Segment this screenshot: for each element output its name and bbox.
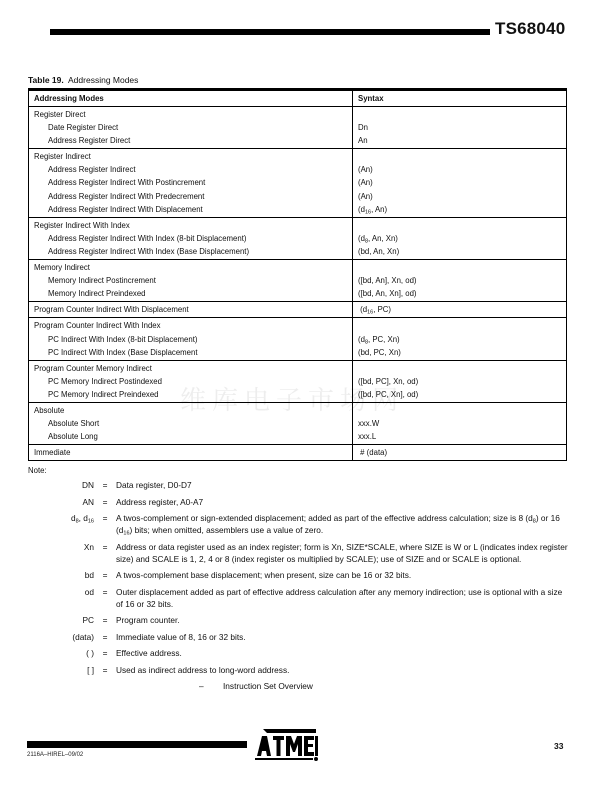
note-equals: = — [94, 496, 116, 508]
mode-syntax: (d8, PC, Xn) — [358, 333, 561, 346]
mode-name: Address Register Indirect — [34, 163, 347, 176]
mode-name: Address Register Indirect With Displacem… — [34, 203, 347, 216]
note-definition: Outer displacement added as part of effe… — [116, 586, 568, 610]
syntax-cell: (An)(An)(An)(d16, An) — [353, 149, 567, 217]
mode-name: Memory Indirect Postincrement — [34, 274, 347, 287]
mode-syntax: An — [358, 134, 561, 147]
section-reference: –Instruction Set Overview — [199, 681, 313, 691]
note-term: DN — [28, 479, 94, 491]
group-heading-syntax — [358, 362, 561, 375]
document-code: 2116A–HIREL–09/02 — [27, 752, 83, 758]
note-equals: = — [94, 614, 116, 626]
group-heading: Program Counter Indirect With Index — [34, 319, 347, 332]
group-heading: Immediate — [34, 446, 347, 459]
table-group-row: Memory IndirectMemory Indirect Postincre… — [29, 260, 567, 302]
syntax-cell: ([bd, PC], Xn, od)([bd, PC, Xn], od) — [353, 360, 567, 402]
table-group-row: Register IndirectAddress Register Indire… — [29, 149, 567, 217]
document-title: TS68040 — [495, 19, 565, 39]
table-group-row: Program Counter Indirect With IndexPC In… — [29, 318, 567, 360]
addressing-mode-cell: Program Counter Indirect With Displaceme… — [29, 302, 353, 318]
group-heading: Memory Indirect — [34, 261, 347, 274]
section-reference-text: Instruction Set Overview — [223, 681, 313, 691]
table-caption: Table 19. Addressing Modes — [28, 75, 138, 85]
table-group-row: Register Indirect With IndexAddress Regi… — [29, 217, 567, 259]
mode-syntax: (d8, An, Xn) — [358, 232, 561, 245]
mode-name: Address Register Indirect With Postincre… — [34, 176, 347, 189]
group-heading: Program Counter Indirect With Displaceme… — [34, 303, 347, 316]
note-equals: = — [94, 512, 116, 536]
table-caption-label: Table 19. — [28, 75, 64, 85]
group-heading-syntax: # (data) — [358, 446, 561, 459]
note-term: [ ] — [28, 664, 94, 676]
group-heading: Register Indirect With Index — [34, 219, 347, 232]
note-term: bd — [28, 569, 94, 581]
group-heading-syntax — [358, 108, 561, 121]
note-definition: Address or data register used as an inde… — [116, 541, 568, 565]
mode-syntax: ([bd, An, Xn], od) — [358, 287, 561, 300]
atmel-logo-icon — [253, 728, 319, 761]
addressing-mode-cell: Immediate — [29, 445, 353, 461]
note-equals: = — [94, 664, 116, 676]
syntax-cell: xxx.Wxxx.L — [353, 402, 567, 444]
page-number: 33 — [554, 741, 563, 751]
mode-syntax: Dn — [358, 121, 561, 134]
table-header-row: Addressing Modes Syntax — [29, 90, 567, 107]
table-group-row: Register DirectDate Register DirectAddre… — [29, 107, 567, 149]
column-header-syntax: Syntax — [353, 90, 567, 107]
note-equals: = — [94, 586, 116, 610]
note-equals: = — [94, 631, 116, 643]
mode-syntax: ([bd, PC], Xn, od) — [358, 375, 561, 388]
note-item: (data)=Immediate value of 8, 16 or 32 bi… — [28, 631, 568, 643]
note-item: DN=Data register, D0-D7 — [28, 479, 568, 491]
addressing-mode-cell: Register IndirectAddress Register Indire… — [29, 149, 353, 217]
note-equals: = — [94, 647, 116, 659]
addressing-mode-cell: Program Counter Indirect With IndexPC In… — [29, 318, 353, 360]
group-heading: Absolute — [34, 404, 347, 417]
mode-name: Address Register Direct — [34, 134, 347, 147]
note-definition: Address register, A0-A7 — [116, 496, 568, 508]
group-heading-syntax — [358, 219, 561, 232]
table-group-row: Program Counter Indirect With Displaceme… — [29, 302, 567, 318]
note-item: Xn=Address or data register used as an i… — [28, 541, 568, 565]
note-term: d8, d16 — [28, 512, 94, 536]
mode-syntax: (An) — [358, 176, 561, 189]
mode-syntax: ([bd, An], Xn, od) — [358, 274, 561, 287]
note-equals: = — [94, 541, 116, 565]
mode-syntax: (d16, An) — [358, 203, 561, 216]
table-group-row: AbsoluteAbsolute ShortAbsolute Longxxx.W… — [29, 402, 567, 444]
mode-name: Address Register Indirect With Index (Ba… — [34, 245, 347, 258]
group-heading: Register Indirect — [34, 150, 347, 163]
mode-name: PC Memory Indirect Preindexed — [34, 388, 347, 401]
syntax-cell: DnAn — [353, 107, 567, 149]
mode-syntax: ([bd, PC, Xn], od) — [358, 388, 561, 401]
note-definition: A twos-complement or sign-extended displ… — [116, 512, 568, 536]
mode-syntax: (An) — [358, 190, 561, 203]
addressing-mode-cell: Program Counter Memory IndirectPC Memory… — [29, 360, 353, 402]
mode-syntax: (bd, PC, Xn) — [358, 346, 561, 359]
addressing-modes-table: Addressing Modes Syntax Register DirectD… — [28, 88, 567, 461]
syntax-cell: (d8, PC, Xn)(bd, PC, Xn) — [353, 318, 567, 360]
section-dash: – — [199, 681, 223, 691]
note-item: PC=Program counter. — [28, 614, 568, 626]
footer-rule — [27, 741, 247, 748]
note-definition: Effective address. — [116, 647, 568, 659]
addressing-mode-cell: Register DirectDate Register DirectAddre… — [29, 107, 353, 149]
note-item: d8, d16=A twos-complement or sign-extend… — [28, 512, 568, 536]
group-heading-syntax — [358, 319, 561, 332]
note-item: ( )=Effective address. — [28, 647, 568, 659]
group-heading-syntax: (d16, PC) — [358, 303, 561, 316]
mode-name: Address Register Indirect With Predecrem… — [34, 190, 347, 203]
mode-syntax: (An) — [358, 163, 561, 176]
header-rule — [50, 29, 490, 35]
note-term: (data) — [28, 631, 94, 643]
mode-name: PC Memory Indirect Postindexed — [34, 375, 347, 388]
table-group-row: Immediate # (data) — [29, 445, 567, 461]
note-term: AN — [28, 496, 94, 508]
note-label: Note: — [28, 466, 47, 475]
note-term: PC — [28, 614, 94, 626]
mode-syntax: (bd, An, Xn) — [358, 245, 561, 258]
note-definition: Immediate value of 8, 16 or 32 bits. — [116, 631, 568, 643]
mode-syntax: xxx.W — [358, 417, 561, 430]
syntax-cell: # (data) — [353, 445, 567, 461]
note-equals: = — [94, 569, 116, 581]
group-heading-syntax — [358, 261, 561, 274]
group-heading: Register Direct — [34, 108, 347, 121]
group-heading-syntax — [358, 150, 561, 163]
mode-syntax: xxx.L — [358, 430, 561, 443]
note-equals: = — [94, 479, 116, 491]
addressing-mode-cell: AbsoluteAbsolute ShortAbsolute Long — [29, 402, 353, 444]
note-item: [ ]=Used as indirect address to long-wor… — [28, 664, 568, 676]
mode-name: Absolute Long — [34, 430, 347, 443]
note-definition: Data register, D0-D7 — [116, 479, 568, 491]
mode-name: Date Register Direct — [34, 121, 347, 134]
syntax-cell: ([bd, An], Xn, od)([bd, An, Xn], od) — [353, 260, 567, 302]
note-item: od=Outer displacement added as part of e… — [28, 586, 568, 610]
mode-name: Address Register Indirect With Index (8-… — [34, 232, 347, 245]
mode-name: Memory Indirect Preindexed — [34, 287, 347, 300]
note-item: bd=A twos-complement base displacement; … — [28, 569, 568, 581]
mode-name: PC Indirect With Index (Base Displacemen… — [34, 346, 347, 359]
syntax-cell: (d16, PC) — [353, 302, 567, 318]
mode-name: PC Indirect With Index (8-bit Displaceme… — [34, 333, 347, 346]
table-caption-text: Addressing Modes — [68, 75, 138, 85]
group-heading: Program Counter Memory Indirect — [34, 362, 347, 375]
note-term: Xn — [28, 541, 94, 565]
notes-list: DN=Data register, D0-D7AN=Address regist… — [28, 479, 568, 680]
note-term: od — [28, 586, 94, 610]
addressing-mode-cell: Register Indirect With IndexAddress Regi… — [29, 217, 353, 259]
table-body: Register DirectDate Register DirectAddre… — [29, 107, 567, 461]
note-definition: A twos-complement base displacement; whe… — [116, 569, 568, 581]
group-heading-syntax — [358, 404, 561, 417]
note-item: AN=Address register, A0-A7 — [28, 496, 568, 508]
note-definition: Program counter. — [116, 614, 568, 626]
addressing-mode-cell: Memory IndirectMemory Indirect Postincre… — [29, 260, 353, 302]
note-definition: Used as indirect address to long-word ad… — [116, 664, 568, 676]
mode-name: Absolute Short — [34, 417, 347, 430]
syntax-cell: (d8, An, Xn)(bd, An, Xn) — [353, 217, 567, 259]
column-header-modes: Addressing Modes — [29, 90, 353, 107]
note-term: ( ) — [28, 647, 94, 659]
table-group-row: Program Counter Memory IndirectPC Memory… — [29, 360, 567, 402]
